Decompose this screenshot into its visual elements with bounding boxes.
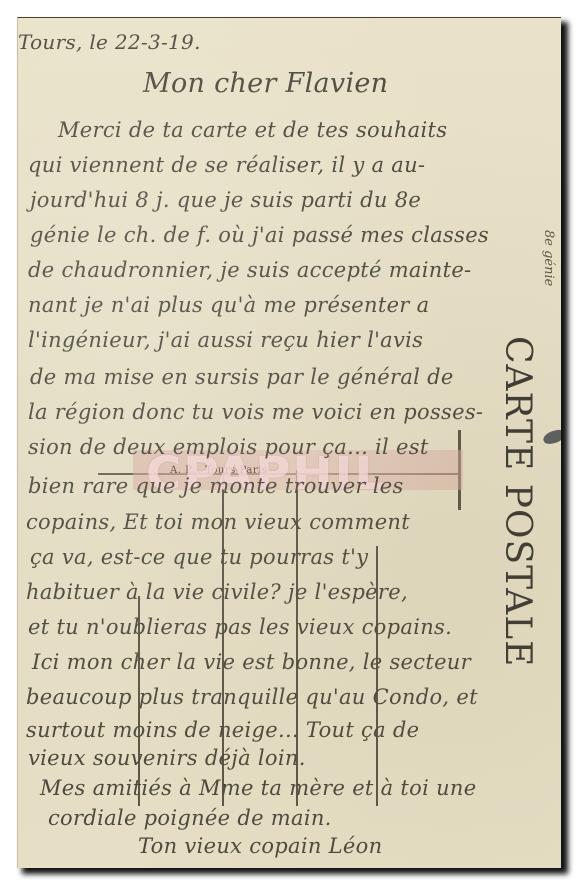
carte-postale-heading: CARTE POSTALE bbox=[497, 336, 538, 667]
letter-line: et tu n'oublieras pas les vieux copains. bbox=[28, 615, 452, 639]
letter-line: l'ingénieur, j'ai aussi reçu hier l'avis bbox=[28, 328, 423, 352]
letter-line: sion de deux emplois pour ça... il est bbox=[28, 435, 429, 459]
letter-line: de chaudronnier, je suis accepté mainte- bbox=[28, 258, 471, 282]
letter-line: Mes amitiés à Mme ta mère et à toi une bbox=[40, 776, 477, 800]
margin-note: 8e génie bbox=[541, 230, 556, 286]
salutation: Mon cher Flavien bbox=[143, 68, 388, 99]
letter-line: jourd'hui 8 j. que je suis parti du 8e bbox=[30, 188, 421, 212]
letter-line: Merci de ta carte et de tes souhaits bbox=[58, 118, 447, 142]
letter-line: ça va, est-ce que tu pourras t'y bbox=[30, 545, 368, 569]
letter-line: surtout moins de neige... Tout ça de bbox=[26, 718, 419, 742]
letter-line: bien rare que je monte trouver les bbox=[28, 474, 404, 498]
letter-line: nant je n'ai plus qu'à me présenter a bbox=[28, 293, 429, 317]
date-line: Tours, le 22-3-19. bbox=[18, 30, 201, 54]
letter-line: de ma mise en sursis par le général de bbox=[30, 365, 454, 389]
letter-line: cordiale poignée de main. bbox=[48, 806, 332, 830]
letter-line: la région donc tu vois me voici en posse… bbox=[28, 400, 483, 424]
signature: Ton vieux copain Léon bbox=[138, 834, 382, 858]
letter-line: génie le ch. de f. où j'ai passé mes cla… bbox=[30, 223, 489, 247]
postcard: A. P... Tours-Paris CPAPHIL CARTE POSTAL… bbox=[17, 17, 561, 868]
ink-blot bbox=[542, 428, 561, 446]
letter-line: qui viennent de se réaliser, il y a au- bbox=[28, 153, 425, 177]
letter-line: beaucoup plus tranquille qu'au Condo, et bbox=[26, 685, 478, 709]
letter-line: Ici mon cher la vie est bonne, le secteu… bbox=[32, 650, 471, 674]
letter-line: vieux souvenirs déjà loin. bbox=[28, 746, 306, 770]
letter-line: copains, Et toi mon vieux comment bbox=[26, 510, 410, 534]
letter-line: habituer à la vie civile? je l'espère, bbox=[26, 580, 408, 604]
